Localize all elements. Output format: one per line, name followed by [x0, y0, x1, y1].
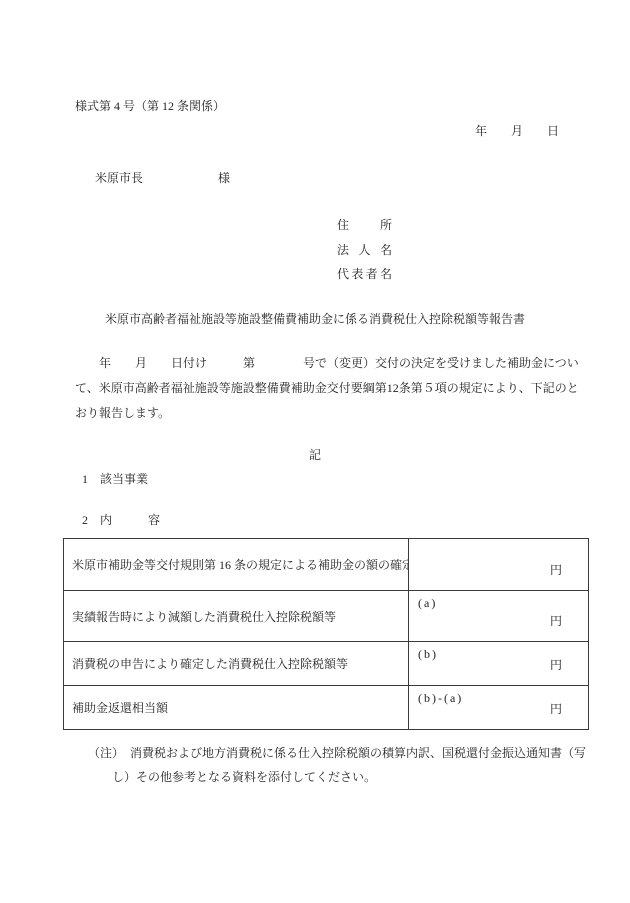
- content-table: 米原市補助金等交付規則第 16 条の規定による補助金の額の確定額 円 実績報告時…: [63, 538, 589, 730]
- body-paragraph-line-1: 年 月 日付け 第 号で（変更）交付の決定を受けました補助金につい: [75, 356, 579, 370]
- row-value-cell: (b) 円: [409, 642, 588, 685]
- unit-label: 円: [550, 561, 562, 578]
- unit-label: 円: [550, 700, 562, 717]
- row-label: 米原市補助金等交付規則第 16 条の規定による補助金の額の確定額: [64, 539, 409, 590]
- body-paragraph-line-2: て、米原市高齢者福祉施設等施設整備費補助金交付要綱第12条第５項の規定により、下…: [75, 381, 579, 395]
- item-2-contents: 2 内 容: [82, 513, 160, 527]
- addressee-name: 米原市長: [95, 171, 143, 185]
- table-row: 補助金返還相当額 (b)-(a) 円: [64, 685, 588, 729]
- date-line: 年 月 日: [475, 124, 559, 138]
- row-value-cell: 円: [409, 539, 588, 590]
- body-paragraph-line-3: おり報告します。: [75, 406, 170, 420]
- row-label: 消費税の申告により確定した消費税仕入控除税額等: [64, 642, 409, 685]
- table-row: 実績報告時により減額した消費税仕入控除税額等 (a) 円: [64, 590, 588, 641]
- submitter-address-label: 住所: [337, 218, 392, 232]
- table-row: 消費税の申告により確定した消費税仕入控除税額等 (b) 円: [64, 641, 588, 685]
- value-tag: (b)-(a): [418, 691, 463, 706]
- note-line-2: し）その他参考となる資料を添付してください。: [112, 770, 376, 784]
- form-number-label: 様式第 4 号（第 12 条関係）: [75, 99, 225, 113]
- row-label: 補助金返還相当額: [64, 686, 409, 729]
- value-tag: (b): [418, 647, 438, 662]
- item-1-applicable-project: 1 該当事業: [82, 472, 148, 486]
- submitter-representative-label: 代表者名: [337, 267, 392, 281]
- document-page: 様式第 4 号（第 12 条関係） 年 月 日 米原市長 様 住所 法人名 代表…: [0, 0, 630, 903]
- value-tag: (a): [418, 596, 437, 611]
- document-title: 米原市高齢者福祉施設等施設整備費補助金に係る消費税仕入控除税額等報告書: [0, 312, 630, 326]
- addressee-honorific: 様: [218, 171, 230, 185]
- unit-label: 円: [550, 656, 562, 673]
- row-value-cell: (b)-(a) 円: [409, 686, 588, 729]
- note-line-1: （注） 消費税および地方消費税に係る仕入控除税額の積算内訳、国税還付金振込通知書…: [88, 746, 586, 760]
- submitter-corporation-label: 法人名: [337, 243, 392, 257]
- unit-label: 円: [550, 612, 562, 629]
- table-row: 米原市補助金等交付規則第 16 条の規定による補助金の額の確定額 円: [64, 539, 588, 590]
- row-value-cell: (a) 円: [409, 591, 588, 641]
- row-label: 実績報告時により減額した消費税仕入控除税額等: [64, 591, 409, 641]
- ki-marker: 記: [0, 448, 630, 462]
